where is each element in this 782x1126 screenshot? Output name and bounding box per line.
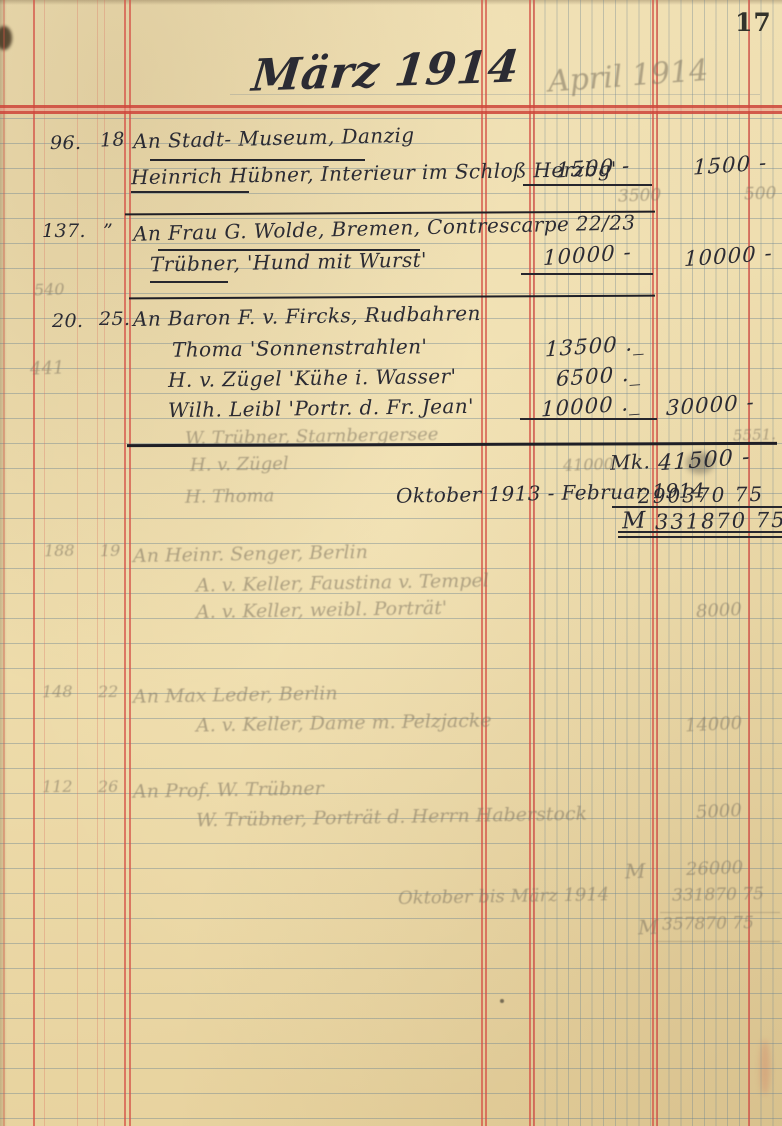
red-vertical-rule [33,0,35,1126]
bleedthrough-text: 148 [42,684,73,701]
red-vertical-rule [97,0,98,1126]
bleedthrough-text: 441 [30,359,65,378]
page-title: März 1914 [250,45,521,98]
red-vertical-rule [77,0,78,1126]
ink-smudge [686,452,714,474]
page-number: 17 [735,10,772,35]
amount-col2: 1500 - [693,152,768,178]
red-vertical-rule [652,0,654,1126]
red-vertical-rule [656,0,658,1126]
bleedthrough-text: 540 [34,281,65,298]
grand-total-label: M [622,510,647,534]
bleedthrough-text: 8000 [696,601,743,621]
bleedthrough-text: 26 [98,779,119,795]
bleedthrough-text: Oktober bis März 1914 [398,886,610,908]
entry-no: 20. [52,312,83,331]
bleedthrough-text: 14000 [685,715,743,736]
entry-item: H. v. Zügel 'Kühe i. Wasser' [168,366,457,390]
ink-underline [158,249,420,251]
ink-underline [618,531,782,533]
bleedthrough-text: 500 [744,185,777,203]
entry-description: An Stadt- Museum, Danzig [133,125,415,151]
entry-no: 137. [42,222,86,241]
bleedthrough-text: 188 [44,543,75,560]
entry-item: Wilh. Leibl 'Portr. d. Fr. Jean' [168,396,474,420]
bleedthrough-text: 357870 75 [662,915,754,934]
red-horizontal-rule [0,111,782,114]
ink-underline [618,536,782,538]
ink-underline [523,184,652,186]
amount-col1: 1500 - [556,155,631,181]
red-vertical-rule [3,0,5,1126]
showthrough-rule [660,912,780,913]
bleedthrough-text: H. Thoma [185,487,275,507]
ledger-page: April 19143500500540441W. Trübner, Starn… [0,0,782,1126]
bleedthrough-text: 26000 [686,859,744,879]
ink-underline [520,418,657,420]
entry-description: Trübner, 'Hund mit Wurst' [150,250,427,275]
ink-underline [131,191,249,193]
bleedthrough-text: 5000 [696,802,743,822]
ink-underline [521,273,653,275]
bleedthrough-text: A. v. Keller, weibl. Porträt' [196,599,447,622]
ink-blot [0,26,12,50]
entry-day: 25. [99,310,130,329]
red-vertical-rule [124,0,126,1126]
bleedthrough-text: A. v. Keller, Faustina v. Tempel [196,571,489,595]
bleedthrough-text: 331870 75 [672,886,764,905]
entry-day: 18 [100,130,126,150]
bleedthrough-text: 3500 [618,187,662,205]
bleedthrough-text: 112 [42,779,73,796]
red-vertical-rule [104,0,105,1126]
bleedthrough-text: A. v. Keller, Dame m. Pelzjacke [196,711,492,735]
bleedthrough-text: 22 [98,684,119,700]
entry-no: 96. [50,134,81,153]
bleedthrough-text: An Max Leder, Berlin [133,684,338,707]
bleedthrough-text: An Prof. W. Trübner [133,779,324,801]
entry-description: An Baron F. v. Fircks, Rudbahren [133,303,481,329]
bleedthrough-text: 19 [100,543,121,559]
ink-underline [150,159,365,161]
showthrough-rule [655,941,780,942]
entry-item: Thoma 'Sonnenstrahlen' [172,336,428,360]
currency-label: Mk. [610,451,651,472]
bleedthrough-text: H. v. Zügel [190,455,289,475]
red-vertical-rule [44,0,45,1126]
bleedthrough-text: M [625,861,646,882]
entry-day: ” [103,222,113,241]
period-total: 290370 75 [638,484,764,506]
ink-underline [150,281,228,283]
bleedthrough-text: M [638,917,659,938]
grand-total: 331870 75 [655,510,782,533]
bleedthrough-text: 41000 [563,456,614,474]
bleedthrough-text: An Heinr. Senger, Berlin [133,543,368,566]
